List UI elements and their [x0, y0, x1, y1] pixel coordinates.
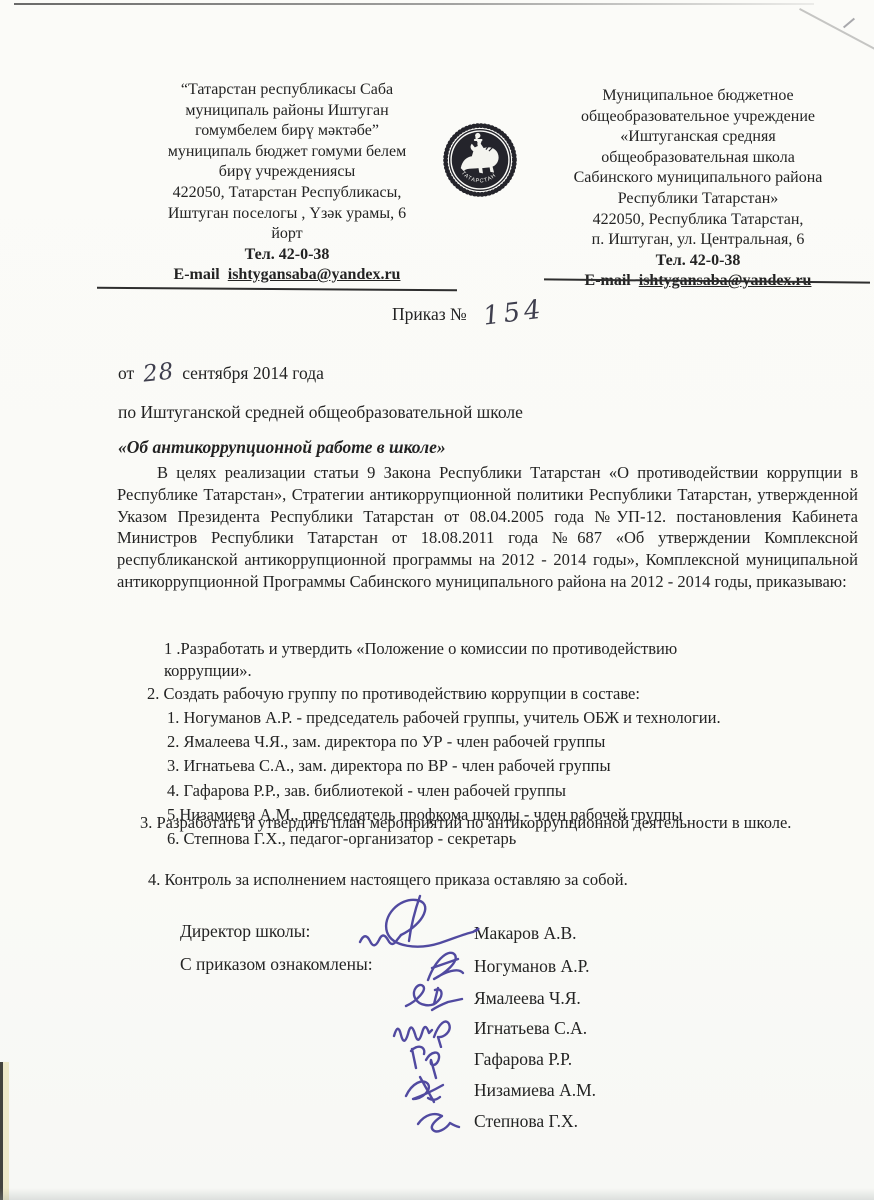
letterhead-line: Иштуган поселогы , Үзәк урамы, 6 [120, 204, 454, 225]
signature-name: Ногуманов А.Р. [474, 956, 590, 977]
letterhead-line: муниципаль районы Иштуган [120, 101, 454, 122]
letterhead-line: Республики Татарстан» [530, 189, 866, 210]
letterhead-line: Муниципальное бюджетное [530, 86, 866, 107]
letterhead-line: йорт [120, 224, 454, 245]
working-group-member: 4. Гафарова Р.Р., зав. библиотекой - чле… [167, 779, 721, 803]
signature-name-director: Макаров А.В. [474, 923, 577, 944]
signature-ack-label: С приказом ознакомлены: [180, 954, 373, 975]
signature-ink [412, 1106, 468, 1141]
order-date-line: от 28 сентября 2014 года [118, 359, 324, 385]
signature-name: Степнова Г.Х. [474, 1111, 578, 1132]
scan-artifact-bottom-edge [0, 1188, 874, 1200]
scan-artifact-crease [799, 8, 874, 54]
order-item-3: 3. Разработать и утвердить план мероприя… [140, 812, 806, 834]
working-group-member: 3. Игнатьева С.А., зам. директора по ВР … [167, 754, 721, 778]
date-prefix: от [118, 363, 134, 383]
signature-name: Гафарова Р.Р. [474, 1049, 572, 1070]
tatarstan-emblem-icon: ТАТАРСТАН [443, 123, 517, 202]
letterhead-line: Сабинского муниципального района [530, 168, 866, 189]
letterhead-line: “Татарстан республикасы Саба [120, 80, 454, 101]
order-number-line: Приказ №154 [392, 297, 544, 327]
date-rest: сентября 2014 года [182, 363, 324, 383]
order-preamble: В целях реализации статьи 9 Закона Респу… [117, 462, 858, 593]
order-school-line: по Иштуганской средней общеобразовательн… [118, 402, 523, 423]
letterhead-line: 422050, Республика Татарстан, [530, 210, 866, 231]
signature-name: Ямалеева Ч.Я. [474, 988, 581, 1009]
letterhead-line: гомумбелем бирү мәктәбе” [120, 121, 454, 142]
scan-artifact-smudge [843, 18, 855, 29]
letterhead-line: общеобразовательное учреждение [530, 107, 866, 128]
letterhead-line: 422050, Татарстан Республикасы, [120, 183, 454, 204]
letterhead-line: «Иштуганская средняя [530, 127, 866, 148]
letterhead-divider-left [97, 287, 457, 292]
letterhead-phone: Тел. 42-0-38 [530, 251, 866, 272]
letterhead-line: муниципаль бюджет гомуми белем [120, 142, 454, 163]
order-subject: «Об антикоррупционной работе в школе» [118, 437, 446, 458]
scanned-document-page: “Татарстан республикасы Саба муниципаль … [0, 0, 874, 1200]
email-label: E-mail [174, 266, 220, 283]
handwritten-order-number: 154 [481, 294, 546, 331]
letterhead-phone: Тел. 42-0-38 [120, 245, 454, 266]
email-address: ishtygansaba@yandex.ru [228, 266, 401, 283]
order-item-2: 2. Создать рабочую группу по противодейс… [147, 683, 787, 705]
signature-director-label: Директор школы: [180, 921, 310, 942]
scan-artifact-top-edge [14, 3, 814, 5]
letterhead-line: общеобразовательная школа [530, 148, 866, 169]
order-number-label: Приказ № [392, 304, 467, 324]
order-item-4: 4. Контроль за исполнением настоящего пр… [148, 869, 788, 891]
signature-name: Низамиева А.М. [474, 1080, 596, 1101]
letterhead-line: п. Иштуган, ул. Центральная, 6 [530, 230, 866, 251]
letterhead-right-russian: Муниципальное бюджетное общеобразователь… [530, 86, 866, 292]
signature-name: Игнатьева С.А. [474, 1018, 587, 1039]
letterhead-line: бирү учреждениясы [120, 162, 454, 183]
scan-artifact-left-strip [3, 1062, 9, 1200]
handwritten-date-day: 28 [141, 358, 175, 387]
letterhead-left-tatar: “Татарстан республикасы Саба муниципаль … [120, 80, 454, 286]
working-group-member: 2. Ямалеева Ч.Я., зам. директора по УР -… [167, 730, 721, 754]
order-item-1: 1 .Разработать и утвердить «Положение о … [164, 638, 692, 681]
letterhead-email: E-mail ishtygansaba@yandex.ru [120, 265, 454, 286]
working-group-member: 1. Ногуманов А.Р. - председатель рабочей… [167, 706, 721, 730]
